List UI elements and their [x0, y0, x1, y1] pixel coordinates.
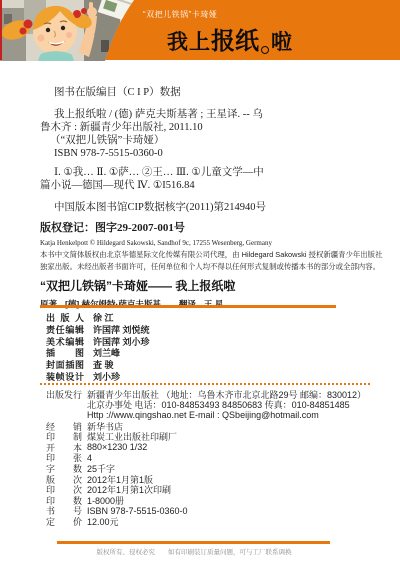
staff-credits-table: 出版人徐 江 责任编辑许国萍 刘悦统 美术编辑许国萍 刘小珍 插图刘兰峰 封面插… — [46, 312, 150, 382]
girl-illustration — [0, 0, 136, 61]
publishing-info-table: 出版发行新疆青少年出版社 （地址：乌鲁木齐市北京北路29号 邮编：830012）… — [46, 389, 366, 527]
publishing-row: 北京办事处 电话：010-84853493 84850683 传真：010-84… — [46, 400, 366, 411]
cartoon-girl-raising-hand-icon — [0, 0, 136, 61]
staff-row: 出版人徐 江 — [46, 312, 150, 324]
left-red-edge — [0, 0, 2, 60]
publishing-value: 煤炭工业出版社印刷厂 — [87, 430, 177, 443]
book-title: 我上报纸啦 — [167, 21, 293, 56]
cip-heading: 图书在版编目（C I P）数据 — [40, 86, 350, 99]
series-full-title: “双把儿铁锅”卡琦娅—— 我上报纸啦 — [40, 277, 235, 294]
title-suffix: 啦 — [271, 26, 293, 56]
cip-block: 图书在版编目（C I P）数据 我上报纸啦 / (德) 萨克夫斯基著 ; 王星译… — [40, 86, 350, 214]
cip-isbn-line: ISBN 978-7-5515-0360-0 — [40, 147, 350, 160]
publishing-row: 定价12.00元 — [46, 516, 366, 527]
copyright-block: 版权登记：图字29-2007-001号 Katja Henkelpott © H… — [40, 219, 375, 272]
title-emphasis: 报纸 — [211, 21, 259, 56]
cip-record-number: 中国版本图书馆CIP数据核字(2011)第214940号 — [40, 201, 350, 214]
spacer — [40, 192, 350, 201]
header-band: “双把儿铁锅”卡琦娅 我上报纸啦 — [0, 0, 400, 60]
copyright-notice-line: 独家出版。未经出版者书面许可，任何单位和个人均不得以任何形式复制或传播本书的部分… — [40, 262, 375, 273]
publishing-row: 印制煤炭工业出版社印刷厂 — [46, 431, 366, 442]
publishing-label: 定价 — [46, 515, 82, 528]
footer-notice: 版权所有、侵权必究 如有印刷装订质量问题，可与工厂联系调换 — [0, 547, 388, 556]
copyright-registration: 版权登记：图字29-2007-001号 — [40, 219, 375, 235]
cip-classification-line: Ⅰ. ①我… Ⅱ. ①萨… ②王… Ⅲ. ①儿童文学—中 — [40, 166, 350, 179]
staff-row: 插图刘兰峰 — [46, 347, 150, 359]
orange-divider-rule — [40, 305, 336, 308]
copyright-source: Katja Henkelpott © Hildegard Sakowski, S… — [40, 239, 375, 247]
author-name: [德] 赫尔姆特·萨克夫斯基 — [65, 298, 161, 310]
staff-row: 美术编辑许国萍 刘小珍 — [46, 335, 150, 347]
publishing-label: 出版发行 — [46, 388, 82, 401]
staff-row: 封面插图查 骏 — [46, 359, 150, 371]
cip-line: （“双把儿铁锅”卡琦娅） — [40, 134, 350, 147]
copyright-page: “双把儿铁锅”卡琦娅 我上报纸啦 图书在版编目（C I P）数据 我上报纸啦 /… — [0, 0, 400, 579]
cip-line: 鲁木齐 : 新疆青少年出版社, 2011.10 — [40, 121, 350, 134]
publishing-row: 开本880×1230 1/32 — [46, 442, 366, 453]
footer-orange-rule — [57, 541, 330, 544]
publishing-value: 12.00元 — [87, 515, 119, 528]
copyright-notice-line: 本书中文简体版权由北京华德星际文化传媒有限公司代理，由 Hildegard Sa… — [40, 250, 375, 261]
staff-names: 刘小珍 — [93, 370, 120, 383]
spacer — [40, 99, 350, 108]
translator-name: 王 星 — [204, 298, 223, 310]
publishing-value: 1-8000册 — [87, 494, 124, 507]
cip-classification-line: 篇小说—德国—现代 Ⅳ. ①I516.84 — [40, 179, 350, 192]
author-label: 原著 — [40, 298, 57, 310]
staff-row: 装帧设计刘小珍 — [46, 370, 150, 382]
publishing-row: 印数1-8000册 — [46, 495, 366, 506]
translator-label: 翻译 — [179, 298, 196, 310]
cip-line: 我上报纸啦 / (德) 萨克夫斯基著 ; 王星译. -- 乌 — [40, 108, 350, 121]
publishing-value: 北京办事处 电话：010-84853493 84850683 传真：010-84… — [87, 398, 350, 411]
title-prefix: 我上 — [167, 26, 211, 56]
dotted-divider — [40, 383, 370, 385]
header-series-label: “双把儿铁锅”卡琦娅 — [143, 9, 217, 20]
staff-role-label: 装帧设计 — [46, 370, 84, 383]
author-translator-line: 原著 [德] 赫尔姆特·萨克夫斯基 翻译 王 星 — [40, 298, 235, 310]
publishing-value: 880×1230 1/32 — [87, 442, 147, 452]
title-swirl-ornament — [261, 46, 269, 54]
staff-row: 责任编辑许国萍 刘悦统 — [46, 324, 150, 336]
